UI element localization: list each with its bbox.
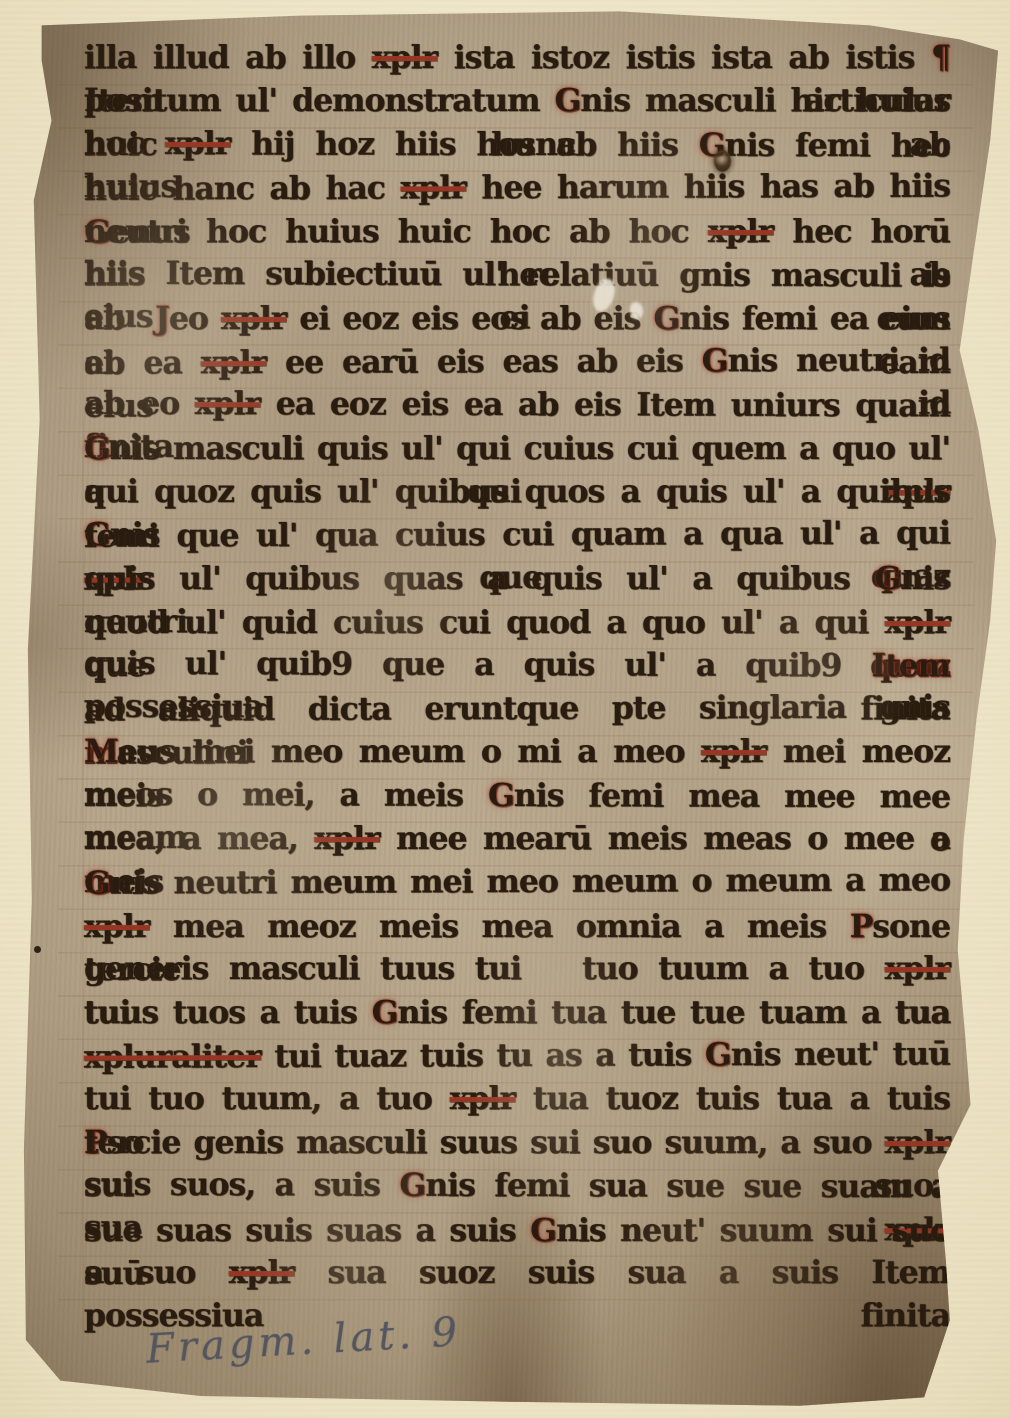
manuscript-line: xplr mea meoz meis mea omnia a meis Pson… xyxy=(84,905,950,948)
manuscript-line: tui tuo tuum, a tuo xplr tua tuoz tuis t… xyxy=(84,1077,950,1120)
manuscript-line: ab ea xplr ee earū eis eas ab eis Gnis n… xyxy=(84,338,950,385)
manuscript-line: Gnis neutri meum mei meo meum o meum a m… xyxy=(84,859,950,906)
ink-text: ab ea xyxy=(84,344,201,381)
ink-text: meos o mei, a meis xyxy=(84,775,488,813)
rubricated-text: G xyxy=(488,777,514,814)
strikethrough-word: xplr xyxy=(201,344,267,381)
manuscript-line: ad aliquid dicta eruntque pte singlaria … xyxy=(84,685,950,732)
ink-text: huic hanc ab hac xyxy=(84,170,401,208)
manuscript-line: Gnis masculi quis ul' qui cuius cui quem… xyxy=(84,427,950,470)
manuscript-line: mea, a mea, xplr mee mearū meis meas o m… xyxy=(84,817,950,860)
strikethrough-word: xplr xyxy=(314,820,379,857)
manuscript-line: xpluraliter tui tuaz tuis tu as a tuis G… xyxy=(84,1032,950,1079)
strikethrough-word: xplr xyxy=(84,908,149,945)
rubricated-text: G xyxy=(530,1212,556,1249)
ink-dot xyxy=(34,946,41,953)
ink-text: sue suas suis suas a suis xyxy=(84,1212,530,1249)
strikethrough-word: xplr xyxy=(195,385,260,422)
manuscript-line: quis ul' quib9 que a quis ul' a quib9 It… xyxy=(84,642,950,688)
ink-text: suis suos, a suis xyxy=(84,1166,400,1204)
ink-text: ista istoz istis ista ab istis xyxy=(437,39,931,76)
manuscript-line: huic hanc ab hac xplr hee harum hiis has… xyxy=(84,165,950,212)
ink-text: mea, a mea, xyxy=(84,820,314,857)
strikethrough-word: xplr xyxy=(372,39,437,76)
manuscript-line: a suo xplr sua suoz suis sua a suis Item… xyxy=(84,1251,950,1294)
manuscript-line: generis masculi tuus tui tuo tuum a tuo … xyxy=(84,947,950,990)
rubricated-text: G xyxy=(653,300,679,337)
manuscript-line: sue suas suis suas a suis Gnis neut' suu… xyxy=(84,1209,950,1252)
manuscript-line: suis suos, a suis Gnis femi sua sue sue … xyxy=(84,1163,950,1209)
ink-text: quis ul' quibus quas a quis ul' a quibus xyxy=(84,560,874,597)
ink-text: hee harum hiis has ab hiis xyxy=(466,168,950,207)
manuscript-line: qui quoz quis ul' quibus quos a quis ul'… xyxy=(84,470,950,513)
strikethrough-word: xplr xyxy=(165,125,230,162)
strikethrough-word: xplr xyxy=(229,1254,294,1291)
ink-text: mea meoz meis mea omnia a meis xyxy=(149,908,849,945)
ink-text: ee earū eis eas ab eis xyxy=(266,342,702,381)
ink-text: hoc xyxy=(84,124,165,161)
strikethrough-word: xplr xyxy=(885,604,950,641)
text-block: illa illud ab illo xplr ista istoz istis… xyxy=(84,36,950,1294)
manuscript-line: ab eo xplr ea eoz eis ea ab eis Item uni… xyxy=(84,382,950,428)
manuscript-line: neutri hoc huius huic hoc ab hoc xplr he… xyxy=(84,210,950,253)
manuscript-line: femi que ul' qua cuius cui quam a qua ul… xyxy=(84,512,950,559)
rubricated-text: G xyxy=(705,1036,731,1073)
rubricated-text: G xyxy=(399,1167,425,1204)
parchment-fragment: illa illud ab illo xplr ista istoz istis… xyxy=(18,10,1004,1410)
rubricated-text: G xyxy=(702,342,728,379)
ink-text: tuus tuos a tuis xyxy=(84,994,372,1031)
ink-text: hij hoz hiis hos ab hiis xyxy=(230,125,698,163)
manuscript-line: hiis Item subiectiuū ul' relatiuū gnis m… xyxy=(84,252,950,298)
strikethrough-word: xplr xyxy=(708,213,773,250)
rubricated-text: P xyxy=(850,908,873,945)
ink-text: illa illud ab illo xyxy=(84,39,372,76)
manuscript-line: illa illud ab illo xplr ista istoz istis… xyxy=(84,36,950,79)
ink-text: ab eo xyxy=(84,385,195,422)
ink-text: generis masculi tuus tui tuo tuum a tuo xyxy=(84,950,885,987)
manuscript-line: quod ul' quid cuius cui quod a quo ul' a… xyxy=(84,601,950,644)
manuscript-photo: illa illud ab illo xplr ista istoz istis… xyxy=(0,0,1010,1418)
manuscript-line: hoc xplr hij hoz hiis hos ab hiis Gnis f… xyxy=(84,121,950,167)
ink-text: eo xyxy=(169,300,221,337)
ink-text: quis ul' quib9 que a quis ul' a quib9 xyxy=(84,645,871,684)
manuscript-line: tercie genis masculi suus sui suo suum, … xyxy=(84,1121,950,1164)
ink-text: nis neut' tuū xyxy=(731,1035,950,1073)
manuscript-line: tuus tuos a tuis Gnis femi tua tue tue t… xyxy=(84,991,950,1034)
ink-text: quod ul' quid cuius cui quod a quo ul' a… xyxy=(84,604,885,641)
strikethrough-word: xplr xyxy=(885,950,950,987)
manuscript-line: positum ul' demonstratum Gnis masculi hi… xyxy=(84,79,950,122)
parchment-hole xyxy=(714,150,731,172)
strikethrough-word: xplr xyxy=(221,300,286,337)
ink-text: a suo xyxy=(84,1254,229,1291)
manuscript-line: meos o mei, a meis Gnis femi mea mee mee… xyxy=(84,772,950,818)
ink-text: nis neutri meum mei meo meum o meum a me… xyxy=(110,862,950,902)
rubricated-text: Item xyxy=(871,648,950,685)
rubricated-text: G xyxy=(84,865,110,902)
rubricated-text: ¶ xyxy=(931,39,950,76)
rubricated-text: M xyxy=(84,733,118,770)
ink-text: eus mei meo meum o mi a meo xyxy=(118,733,701,770)
ink-text: positum ul' demonstratum xyxy=(84,82,554,119)
ink-text: tercie genis masculi suus sui suo suum, … xyxy=(84,1124,885,1161)
ink-text: tui tuaz tuis tu as a tuis xyxy=(261,1036,705,1075)
rubricated-text: G xyxy=(554,82,580,119)
strikethrough-word: xplr xyxy=(701,733,766,770)
ink-text: tui tuo tuum, a tuo xyxy=(84,1080,450,1117)
manuscript-line: quis ul' quibus quas a quis ul' a quibus… xyxy=(84,557,950,600)
ink-text: qui quoz quis ul' quibus quos a quis ul'… xyxy=(84,473,950,510)
ink-text: tua tuoz tuis tua a tuis xyxy=(515,1080,950,1117)
manuscript-line: Meus mei meo meum o mi a meo xplr mei me… xyxy=(84,730,950,773)
rubricated-text: J xyxy=(155,300,169,337)
strikethrough-word: xplr xyxy=(450,1080,515,1117)
ink-text: neutri hoc huius huic hoc ab hoc xyxy=(84,213,708,250)
rubricated-text: G xyxy=(874,560,900,597)
ink-text: ab xyxy=(84,300,155,337)
rubricated-text: G xyxy=(84,430,110,467)
strikethrough-word: xplr xyxy=(400,169,466,206)
strikethrough-word: xpluraliter xyxy=(84,1038,261,1076)
strikethrough-word: xplr xyxy=(885,1124,950,1161)
ink-text: nis femi tua tue tue tuam a tua xyxy=(397,994,950,1031)
rubricated-text: G xyxy=(372,994,398,1031)
manuscript-line: ab Jeo xplr ei eoz eis eos ab eis Gnis f… xyxy=(84,297,950,340)
ink-text: femi que ul' qua cuius cui quam a qua ul… xyxy=(84,515,950,555)
